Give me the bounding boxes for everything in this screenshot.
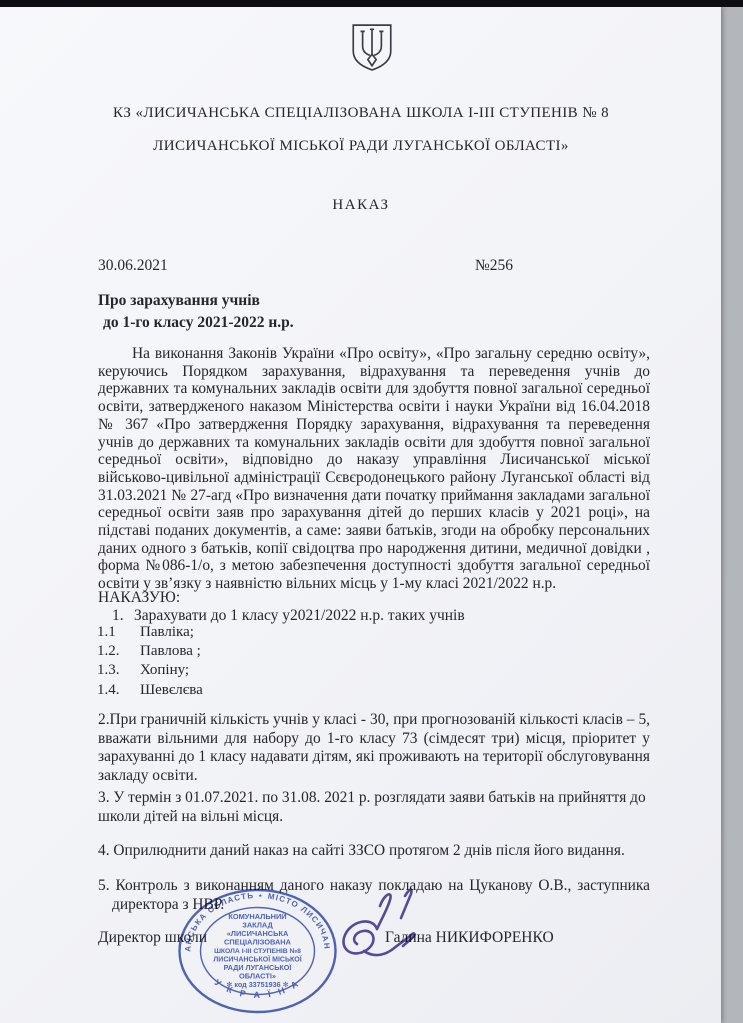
subject-line-2: до 1-го класу 2021-2022 н.р.	[103, 312, 294, 334]
svg-text:✻ код 33751936 ✻: ✻ код 33751936 ✻	[226, 980, 288, 989]
scan-top-edge	[0, 0, 743, 7]
order-item-3: 3. У термін з 01.07.2021. по 31.08. 2021…	[98, 789, 650, 826]
order-item-1: 1.Зарахувати до 1 класу у2021/2022 н.р. …	[112, 607, 465, 625]
order-item-4: 4. Оприлюднити даний наказ на сайті ЗЗСО…	[98, 842, 650, 861]
date-number-row: 30.06.2021 №256	[98, 257, 650, 275]
stamp-center-text: КОМУНАЛЬНИЙ ЗАКЛАД «ЛИСИЧАНСЬКА СПЕЦІАЛІ…	[213, 912, 302, 989]
svg-text:СПЕЦІАЛІЗОВАНА: СПЕЦІАЛІЗОВАНА	[224, 938, 292, 947]
subject-line-1: Про зарахування учнів	[98, 290, 294, 312]
scanned-order-document: КЗ «ЛИСИЧАНСЬКА СПЕЦІАЛІЗОВАНА ШКОЛА І-І…	[0, 0, 743, 1023]
order-item-2: 2.При граничній кількість учнів у класі …	[98, 711, 650, 786]
org-header: КЗ «ЛИСИЧАНСЬКА СПЕЦІАЛІЗОВАНА ШКОЛА І-І…	[85, 105, 637, 171]
student-row: 1.2.Павлова ;	[97, 643, 203, 662]
student-row: 1.3.Хопіну;	[97, 662, 203, 681]
order-item-1-number: 1.	[112, 607, 134, 625]
org-name-line-1: КЗ «ЛИСИЧАНСЬКА СПЕЦІАЛІЗОВАНА ШКОЛА І-І…	[85, 105, 637, 122]
student-number: 1.1	[97, 624, 140, 641]
tryzub-emblem-icon	[349, 22, 395, 72]
org-name-line-2: ЛИСИЧАНСЬКОЇ МІСЬКОЇ РАДИ ЛУГАНСЬКОЇ ОБЛ…	[85, 138, 637, 155]
official-round-stamp: ЛУГАНСЬКА ОБЛАСТЬ ⋆ МІСТО ЛИСИЧАНСЬК У К…	[176, 886, 339, 1016]
order-subject: Про зарахування учнів до 1-го класу 2021…	[98, 290, 294, 334]
document-type-title: НАКАЗ	[85, 197, 637, 214]
preamble-paragraph: На виконання Законів України «Про освіту…	[98, 345, 650, 593]
student-name: Павліка;	[140, 624, 194, 640]
order-item-1-text: Зарахувати до 1 класу у2021/2022 н.р. та…	[134, 607, 465, 624]
order-heading: НАКАЗУЮ:	[98, 589, 180, 607]
student-name: Павлова ;	[140, 643, 201, 659]
handwritten-signature	[318, 888, 436, 973]
student-row: 1.1Павліка;	[97, 624, 203, 643]
student-name: Шевєлєва	[140, 682, 203, 698]
order-date: 30.06.2021	[98, 257, 168, 274]
paper-sheet: КЗ «ЛИСИЧАНСЬКА СПЕЦІАЛІЗОВАНА ШКОЛА І-І…	[0, 7, 721, 1023]
student-number: 1.4.	[97, 682, 140, 699]
students-list: 1.1Павліка; 1.2.Павлова ; 1.3.Хопіну; 1.…	[97, 624, 203, 701]
student-number: 1.2.	[97, 643, 140, 660]
svg-text:ШКОЛА І-ІІІ СТУПЕНІВ №8: ШКОЛА І-ІІІ СТУПЕНІВ №8	[214, 948, 301, 955]
order-number: №256	[475, 257, 513, 275]
student-number: 1.3.	[97, 662, 140, 679]
student-row: 1.4.Шевєлєва	[97, 682, 203, 701]
student-name: Хопіну;	[140, 662, 189, 678]
